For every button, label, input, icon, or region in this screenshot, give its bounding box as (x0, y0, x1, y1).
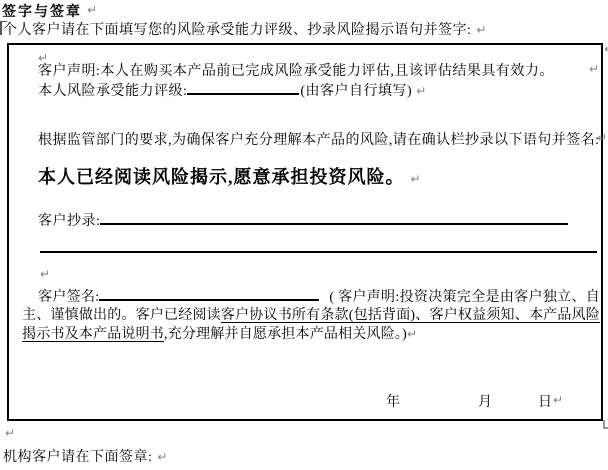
date-month-label: 月 (478, 391, 492, 411)
copy-row: 客户抄录: (38, 209, 568, 230)
line-break-icon: ↵ (476, 23, 486, 37)
line-break-icon: ↵ (5, 426, 15, 440)
page-title: 签字与签章 (2, 1, 82, 21)
risk-statement: 本人已经阅读风险揭示,愿意承担投资风险。↵ (38, 163, 421, 189)
copy-blank-field[interactable] (100, 209, 568, 225)
copy-continuation-line-field[interactable] (40, 233, 597, 253)
risk-statement-label: 本人已经阅读风险揭示,愿意承担投资风险。 (38, 167, 405, 187)
signature-declaration-paragraph: 客户签名:( 客户声明:投资决策完全是由客户独立、自主、谨慎做出的。客户已经阅读… (22, 286, 600, 344)
footer-text-label: 机构客户请在下面签章: (3, 450, 152, 465)
line-break-icon: ↵ (589, 62, 599, 76)
signature-form-box: ↵ 客户声明:本人在购买本产品前已完成风险承受能力评估,且该评估结果具有效力。 … (7, 43, 603, 421)
line-break-icon: ↵ (553, 393, 563, 407)
signature-label: 客户签名: (38, 290, 99, 305)
line-break-icon: ↵ (87, 3, 97, 17)
declaration-close-text: ,充分理解并自愿承担本产品相关风险。) (164, 327, 407, 342)
intro-text: 个人客户请在下面填写您的风险承受能力评级、抄录风险揭示语句并签字:↵ (3, 19, 486, 39)
line-break-icon: ↵ (597, 131, 607, 145)
date-year-label: 年 (386, 391, 400, 411)
rating-note: (由客户自行填写) (300, 84, 412, 99)
line-break-icon: ↵ (411, 172, 421, 186)
signature-blank-field[interactable] (99, 286, 319, 301)
date-day-label: 日 (538, 391, 552, 411)
line-break-icon: ↵ (157, 450, 167, 464)
client-statement-text: 客户声明:本人在购买本产品前已完成风险承受能力评估,且该评估结果具有效力。 (38, 60, 554, 80)
text-boundary-corner-icon (0, 21, 7, 35)
word-document-page: 签字与签章 ↵ 个人客户请在下面填写您的风险承受能力评级、抄录风险揭示语句并签字… (0, 0, 608, 470)
rating-label: 本人风险承受能力评级: (38, 84, 187, 99)
line-break-icon: ↵ (416, 84, 426, 98)
line-break-icon: ↵ (407, 327, 417, 341)
line-break-icon: ↵ (40, 267, 50, 281)
rating-blank-field[interactable] (187, 80, 299, 95)
footer-text: 机构客户请在下面签章:↵ (3, 446, 167, 466)
intro-text-label: 个人客户请在下面填写您的风险承受能力评级、抄录风险揭示语句并签字: (3, 23, 471, 38)
row-end-icon: ↵ (604, 42, 608, 56)
rating-row: 本人风险承受能力评级:(由客户自行填写)↵ (38, 80, 426, 100)
copy-label: 客户抄录: (38, 214, 100, 229)
row-end-icon (603, 420, 608, 429)
instruction-text: 根据监管部门的要求,为确保客户充分理解本产品的风险,请在确认栏抄录以下语句并签名… (38, 129, 599, 149)
